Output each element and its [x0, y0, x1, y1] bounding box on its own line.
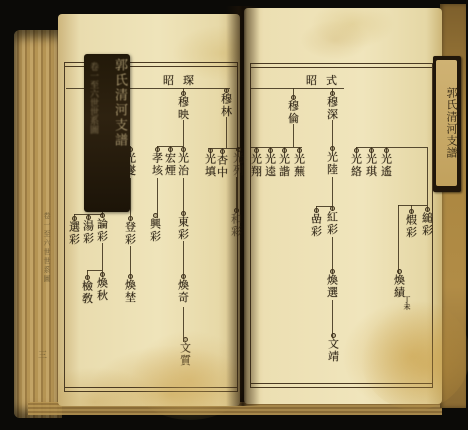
tree-line	[293, 124, 294, 147]
person-node: 煥選	[325, 274, 338, 299]
person-node: 光陸	[325, 151, 338, 176]
tree-line	[398, 205, 399, 274]
tree-line	[356, 147, 427, 148]
cover-title-strip: 郭氏清河支譜	[433, 56, 461, 192]
page-number: 三	[38, 348, 47, 361]
person-node: 穆倫	[286, 100, 299, 125]
tree-line	[250, 88, 344, 89]
genealogy-tree-right: 昭式穆深穆倫光陸光蕪光諧光逵光翔光遙光琪光絡紅彩嵒彩縋彩煆彩煥績丁未煥選文靖	[0, 0, 468, 430]
person-node: 光遙	[379, 153, 392, 178]
person-node: 光諧	[277, 153, 290, 178]
book-photo: { "book": { "title": "郭氏清河支譜", "spine_no…	[0, 0, 468, 430]
person-node: 文靖	[326, 338, 339, 363]
tree-line	[398, 205, 427, 206]
person-node: 光翔	[249, 153, 262, 178]
tree-line	[332, 177, 333, 206]
tree-line	[427, 147, 428, 205]
person-node: 縋彩	[420, 212, 433, 237]
tree-line	[250, 88, 251, 147]
person-node: 嵒彩	[309, 213, 322, 238]
person-node: 光絡	[349, 153, 362, 178]
person-node: 穆深	[325, 96, 338, 121]
spine-title-text: 郭氏清河支譜	[112, 58, 126, 148]
spine-title-block: 郭氏清河支譜 卷一至六世世系圖	[84, 54, 130, 212]
person-node: 紅彩	[325, 211, 338, 236]
person-node: 煆彩	[404, 214, 417, 239]
spine-section-note: 卷一至六世世系圖	[43, 212, 51, 284]
cover-title-text: 郭氏清河支譜	[436, 60, 457, 186]
annotation-note: 丁未	[403, 296, 411, 310]
person-node: 光琪	[364, 153, 377, 178]
spine-subtitle-text: 卷一至六世世系圖	[88, 62, 98, 134]
person-node: 光逵	[263, 153, 276, 178]
generation-header: 昭式	[306, 72, 346, 88]
person-node: 光蕪	[292, 153, 305, 178]
